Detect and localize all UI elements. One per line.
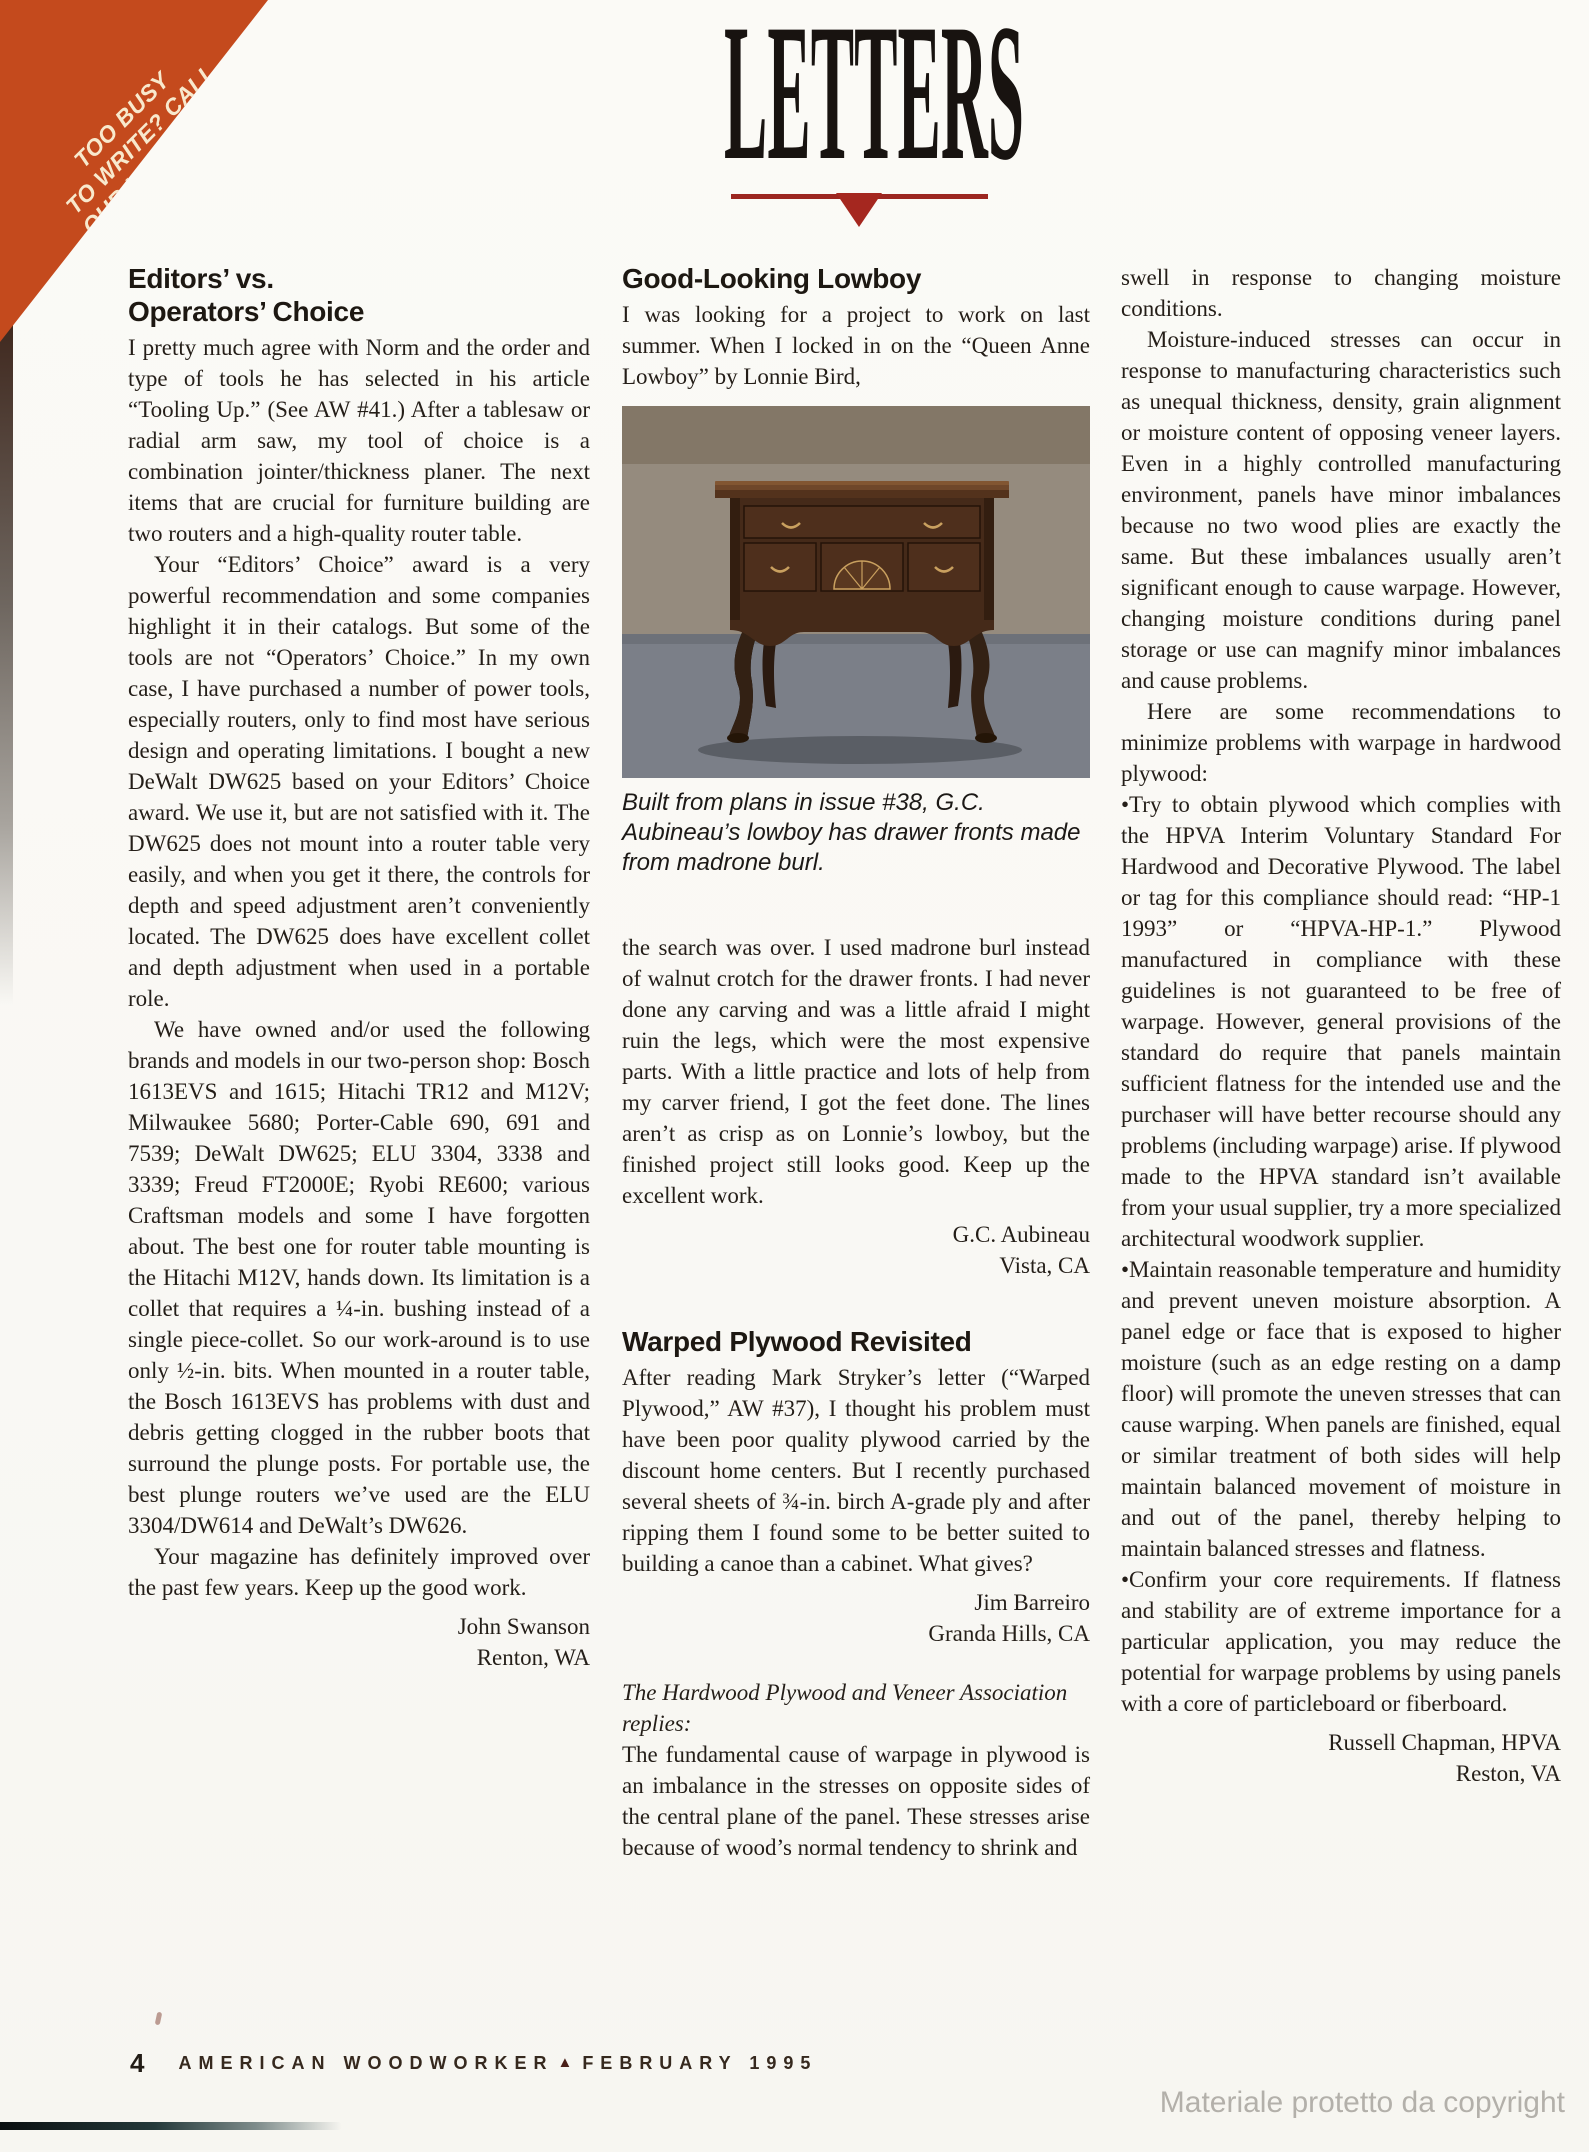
column-middle: Good-Looking Lowboy I was looking for a … xyxy=(622,262,1090,1863)
signature-location: Granda Hills, CA xyxy=(622,1618,1090,1649)
letter-signature: Jim Barreiro Granda Hills, CA xyxy=(622,1587,1090,1649)
footer-triangle-icon: ▲ xyxy=(557,2055,572,2072)
column-left: Editors’ vs. Operators’ Choice I pretty … xyxy=(128,262,590,1673)
letter-paragraph: We have owned and/or used the following … xyxy=(128,1014,590,1541)
lowboy-photo xyxy=(622,406,1090,778)
letter-signature: G.C. Aubineau Vista, CA xyxy=(622,1219,1090,1281)
reply-paragraph: swell in response to changing moisture c… xyxy=(1121,262,1561,324)
signature-name: Jim Barreiro xyxy=(622,1587,1090,1618)
signature-location: Renton, WA xyxy=(128,1642,590,1673)
letter-paragraph: After reading Mark Stryker’s letter (“Wa… xyxy=(622,1362,1090,1579)
letter-signature: John Swanson Renton, WA xyxy=(128,1611,590,1673)
letter-heading-warped-plywood: Warped Plywood Revisited xyxy=(622,1325,1090,1358)
reply-bullet: •Maintain reasonable temperature and hum… xyxy=(1121,1254,1561,1564)
letter-paragraph: I pretty much agree with Norm and the or… xyxy=(128,332,590,549)
reply-paragraph: Moisture-induced stresses can occur in r… xyxy=(1121,324,1561,696)
reply-paragraph: Here are some recommendations to minimiz… xyxy=(1121,696,1561,789)
signature-name: Russell Chapman, HPVA xyxy=(1121,1727,1561,1758)
signature-name: John Swanson xyxy=(128,1611,590,1642)
scan-edge-line xyxy=(0,2122,342,2130)
issue-date: FEBRUARY 1995 xyxy=(582,2053,817,2074)
letter-paragraph: I was looking for a project to work on l… xyxy=(622,299,1090,392)
letter-paragraph: the search was over. I used madrone burl… xyxy=(622,932,1090,1211)
magazine-page: TOO BUSY TO WRITE? CALL OUR LETTERLINE (… xyxy=(0,0,1589,2152)
reply-intro: The Hardwood Plywood and Veneer Associat… xyxy=(622,1677,1090,1739)
masthead-arrow-icon xyxy=(836,193,882,227)
footer: 4 AMERICAN WOODWORKER ▲ FEBRUARY 1995 xyxy=(130,2048,817,2079)
page-title: LETTERS xyxy=(724,0,1024,201)
stray-mark xyxy=(155,2012,163,2026)
letter-signature: Russell Chapman, HPVA Reston, VA xyxy=(1121,1727,1561,1789)
page-number: 4 xyxy=(130,2048,144,2079)
magazine-name: AMERICAN WOODWORKER xyxy=(178,2053,553,2074)
heading-line-1: Editors’ vs. xyxy=(128,262,590,295)
column-right: swell in response to changing moisture c… xyxy=(1121,262,1561,1789)
photo-caption: Built from plans in issue #38, G.C. Aubi… xyxy=(622,788,1090,878)
signature-location: Vista, CA xyxy=(622,1250,1090,1281)
masthead: LETTERS xyxy=(722,22,1032,177)
reply-bullet: •Confirm your core requirements. If flat… xyxy=(1121,1564,1561,1719)
letter-paragraph: Your “Editors’ Choice” award is a very p… xyxy=(128,549,590,1014)
banner-line-2: TO WRITE? CALL xyxy=(0,0,291,289)
letter-paragraph: Your magazine has definitely improved ov… xyxy=(128,1541,590,1603)
heading-line-2: Operators’ Choice xyxy=(128,295,590,328)
reply-bullet: •Try to obtain plywood which complies wi… xyxy=(1121,789,1561,1254)
reply-paragraph: The fundamental cause of warpage in plyw… xyxy=(622,1739,1090,1863)
signature-name: G.C. Aubineau xyxy=(622,1219,1090,1250)
copyright-watermark: Materiale protetto da copyright xyxy=(1160,2086,1565,2120)
signature-location: Reston, VA xyxy=(1121,1758,1561,1789)
letter-heading-lowboy: Good-Looking Lowboy xyxy=(622,262,1090,295)
letter-heading-editors-choice: Editors’ vs. Operators’ Choice xyxy=(128,262,590,328)
